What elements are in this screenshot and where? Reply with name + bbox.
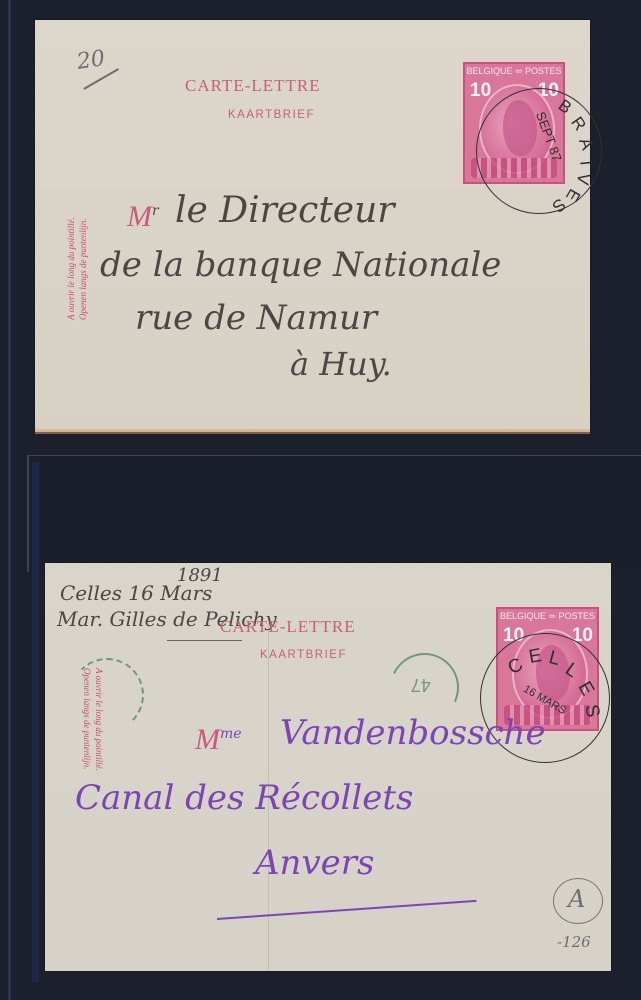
- perforation-right: [587, 20, 593, 432]
- letter-card-braives: 20 CARTE-LETTRE KAARTBRIEF A ouvrir le l…: [35, 20, 590, 432]
- perforation-left: [32, 20, 38, 432]
- postmark-letter: V: [572, 172, 594, 187]
- postmark-letter: B: [554, 96, 575, 119]
- album-pocket-edge: [32, 462, 39, 982]
- letter-card-celles: 1891 Celles 16 Mars Mar. Gilles de Pelic…: [45, 563, 611, 971]
- postmark-braives: B R A I V E S SEPT 87: [476, 88, 602, 214]
- address-underline: [217, 900, 477, 920]
- address-line-4: à Huy.: [290, 345, 392, 383]
- pencil-note: 20: [75, 46, 106, 75]
- torn-edge: [35, 429, 590, 434]
- perforation-top: [35, 17, 590, 23]
- address-line-3: Anvers: [255, 843, 374, 883]
- postmark-letter: L: [546, 647, 562, 671]
- postmark-letter: I: [575, 160, 595, 166]
- card-subtitle: KAARTBRIEF: [228, 109, 315, 121]
- perforation-top: [45, 560, 611, 566]
- stamp-country-label: BELGIQUE ⬄ POSTES: [465, 66, 563, 77]
- postmark-date: 16 MARS: [521, 683, 568, 717]
- address-line-2: Canal des Récollets: [75, 778, 414, 818]
- postmark-letter: R: [566, 113, 589, 135]
- postmark-letter: C: [504, 654, 527, 680]
- stamp-country-label: BELGIQUE ⬄ POSTES: [498, 611, 597, 622]
- card-title: CARTE-LETTRE: [185, 76, 321, 96]
- address-prefix: Mme: [195, 723, 242, 757]
- perforation-right: [608, 563, 614, 971]
- card-title: CARTE-LETTRE: [220, 617, 356, 637]
- opening-instructions: A ouvrir le long du pointillé. Openen la…: [81, 668, 105, 771]
- postmark-date: SEPT 87: [533, 110, 565, 164]
- underline: [167, 640, 242, 641]
- postmark-letter: E: [573, 678, 598, 700]
- card-subtitle: KAARTBRIEF: [260, 649, 347, 661]
- album-page-edge: [8, 0, 11, 1000]
- address-line-3: rue de Namur: [135, 298, 377, 338]
- circled-letter-mark: A: [553, 878, 603, 924]
- address-line-1: Vandenbossche: [280, 713, 546, 753]
- postmark-letter: L: [561, 659, 582, 683]
- postmark-letter: A: [574, 135, 597, 153]
- address-line-1: le Directeur: [175, 190, 394, 231]
- pencil-price-note: -126: [557, 933, 591, 951]
- perforation-left: [42, 563, 48, 971]
- postmark-letter: S: [579, 703, 603, 719]
- opening-instructions: A ouvrir le long du pointillé. Openen la…: [65, 217, 89, 320]
- postmark-letter: E: [527, 645, 543, 669]
- address-line-2: de la banque Nationale: [100, 245, 501, 285]
- address-prefix: Mr: [127, 200, 159, 234]
- album-pocket-strip: [27, 455, 641, 572]
- sender-place-date: Celles 16 Mars: [60, 581, 212, 605]
- postmark-letter: E: [561, 185, 584, 205]
